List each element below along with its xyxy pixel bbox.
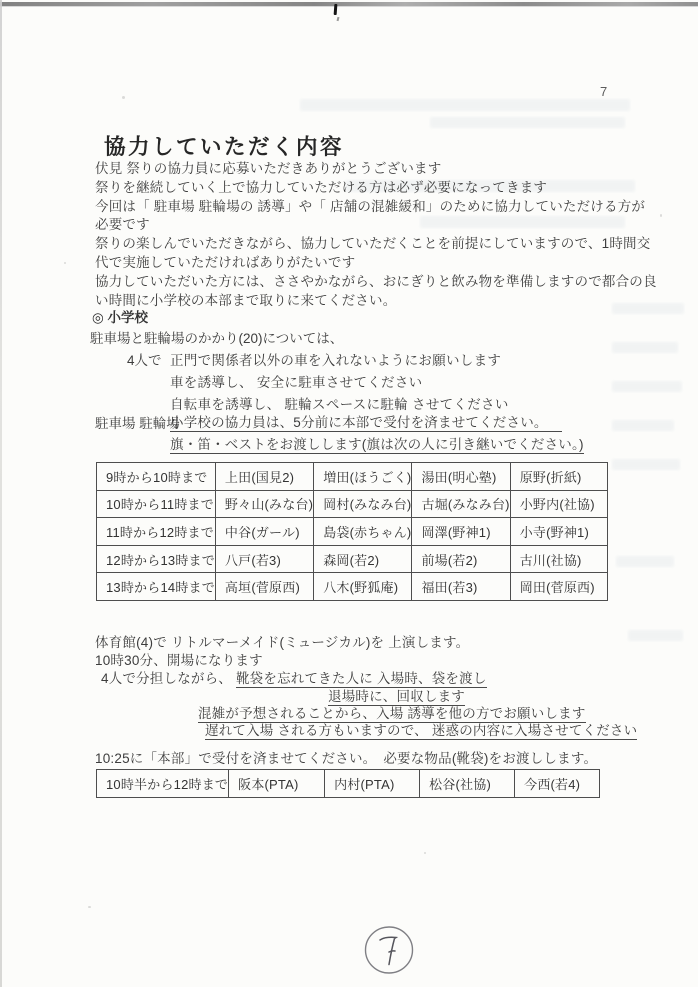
name-cell: 高垣(菅原西) bbox=[215, 573, 313, 601]
time-slot-cell: 12時から13時まで bbox=[97, 545, 216, 573]
bleed-through-artifact bbox=[612, 459, 680, 470]
intro-line: 伏見 祭りの協力員に応募いただきありがとうございます bbox=[95, 160, 670, 179]
handwritten-circled-page-number: 7 bbox=[360, 922, 418, 985]
name-cell: 原野(折紙) bbox=[510, 463, 607, 491]
bleed-through-artifact bbox=[612, 420, 674, 431]
name-cell: 八戸(若3) bbox=[215, 545, 313, 573]
paper-speck bbox=[88, 906, 91, 908]
parking-note-line: 旗・笛・ベストをお渡しします(旗は次の人に引き継いでください。) bbox=[170, 433, 584, 453]
parking-label: 駐車場 駐輪場 bbox=[95, 412, 180, 432]
name-cell: 今西(若4) bbox=[515, 770, 600, 798]
bleed-through-artifact bbox=[612, 381, 682, 392]
circle-icon bbox=[360, 922, 418, 980]
name-cell: 中谷(ガール) bbox=[215, 518, 313, 546]
gym-line: 4人で分担しながら、 靴袋を忘れてきた人に 入場時、袋を渡し bbox=[101, 667, 487, 687]
name-cell: 阪本(PTA) bbox=[229, 770, 325, 798]
gym-line: 体育館(4)で リトルマーメイド(ミュージカル)を 上演します。 bbox=[95, 631, 469, 651]
name-cell: 内村(PTA) bbox=[325, 770, 420, 798]
table-row: 9時から10時まで 上田(国見2) 増田(ほうごく) 湯田(明心塾) 原野(折紙… bbox=[97, 463, 608, 491]
name-cell: 古堀(みなみ台) bbox=[412, 490, 510, 518]
scan-ink-speck bbox=[337, 17, 340, 21]
table-row: 10時半から12時まで 阪本(PTA) 内村(PTA) 松谷(社協) 今西(若4… bbox=[97, 770, 600, 798]
name-cell: 上田(国見2) bbox=[215, 463, 313, 491]
gym-reception-line: 10:25に「本部」で受付を済ませてください。 必要な物品(靴袋)をお渡しします… bbox=[95, 747, 597, 767]
scan-edge-line-thin bbox=[0, 6, 698, 7]
intro-line: 祭りを継続していく上で協力していただける方は必ず必要になってきます bbox=[95, 179, 670, 198]
staff-duty-line: 正門で関係者以外の車を入れないようにお願いします bbox=[170, 349, 501, 369]
name-cell: 島袋(赤ちゃん) bbox=[314, 518, 412, 546]
time-slot-cell: 10時半から12時まで bbox=[97, 770, 229, 798]
intro-line: 祭りの楽しんでいただきながら、協力していただくことを前提にしていますので、1時間… bbox=[95, 235, 670, 254]
time-slot-cell: 10時から11時まで bbox=[97, 490, 216, 518]
name-cell: 小寺(野神1) bbox=[510, 518, 607, 546]
staff-count-prefix: 4人で bbox=[127, 349, 162, 369]
page-number-top: 7 bbox=[600, 84, 608, 99]
scan-left-edge-line bbox=[0, 0, 2, 987]
scanned-document-page: 7 協力していただく内容 伏見 祭りの協力員に応募いただきありがとうございます … bbox=[0, 0, 698, 987]
table-row: 12時から13時まで 八戸(若3) 森岡(若2) 前場(若2) 古川(社協) bbox=[97, 545, 608, 573]
name-cell: 小野内(社協) bbox=[510, 490, 607, 518]
paper-speck bbox=[64, 262, 66, 264]
intro-line: 必要です bbox=[95, 216, 670, 235]
intro-line: い時間に小学校の本部まで取りに来てください。 bbox=[95, 292, 670, 311]
name-cell: 増田(ほうごく) bbox=[314, 463, 412, 491]
bleed-through-artifact bbox=[616, 556, 674, 567]
gym-line: 10時30分、開場になります bbox=[95, 649, 263, 669]
intro-paragraph: 伏見 祭りの協力員に応募いただきありがとうございます 祭りを継続していく上で協力… bbox=[95, 160, 670, 310]
table-row: 10時から11時まで 野々山(みな台) 岡村(みなみ台) 古堀(みなみ台) 小野… bbox=[97, 490, 608, 518]
intro-line: 代で実施していただければありがたいです bbox=[95, 254, 670, 273]
time-slot-cell: 13時から14時まで bbox=[97, 573, 216, 601]
parking-schedule-table: 9時から10時まで 上田(国見2) 増田(ほうごく) 湯田(明心塾) 原野(折紙… bbox=[96, 462, 608, 601]
name-cell: 岡澤(野神1) bbox=[412, 518, 510, 546]
name-cell: 福田(若3) bbox=[412, 573, 510, 601]
parking-note-line: 小学校の協力員は、5分前に本部で受付を済ませてください。 bbox=[170, 411, 562, 431]
table-row: 13時から14時まで 高垣(菅原西) 八木(野狐庵) 福田(若3) 岡田(菅原西… bbox=[97, 573, 608, 601]
name-cell: 岡村(みなみ台) bbox=[314, 490, 412, 518]
name-cell: 岡田(菅原西) bbox=[510, 573, 607, 601]
name-cell: 前場(若2) bbox=[412, 545, 510, 573]
underlined-text: 遅れて入場 される方もいますので、 迷惑の内容に入場させてください bbox=[205, 723, 637, 740]
school-section-heading: ◎ 小学校 bbox=[92, 306, 148, 326]
underlined-text: 旗・笛・ベストをお渡しします(旗は次の人に引き継いでください。) bbox=[170, 437, 584, 454]
time-slot-cell: 11時から12時まで bbox=[97, 518, 216, 546]
school-section-intro: 駐車場と駐輪場のかかり(20)については、 bbox=[90, 327, 343, 347]
name-cell: 野々山(みな台) bbox=[215, 490, 313, 518]
staff-duty-line: 車を誘導し、 安全に駐車させてください bbox=[170, 371, 422, 391]
underlined-text: 小学校の協力員は、5分前に本部で受付を済ませてください。 bbox=[170, 415, 562, 432]
name-cell: 松谷(社協) bbox=[420, 770, 515, 798]
paper-speck bbox=[424, 852, 426, 854]
time-slot-cell: 9時から10時まで bbox=[97, 463, 216, 491]
table-row: 11時から12時まで 中谷(ガール) 島袋(赤ちゃん) 岡澤(野神1) 小寺(野… bbox=[97, 518, 608, 546]
gym-schedule-table: 10時半から12時まで 阪本(PTA) 内村(PTA) 松谷(社協) 今西(若4… bbox=[96, 769, 600, 798]
bleed-through-artifact bbox=[628, 630, 683, 641]
name-cell: 森岡(若2) bbox=[314, 545, 412, 573]
paper-speck bbox=[122, 96, 125, 99]
name-cell: 八木(野狐庵) bbox=[314, 573, 412, 601]
gym-line-prefix: 4人で分担しながら、 bbox=[101, 671, 236, 686]
bleed-through-artifact bbox=[300, 99, 630, 111]
name-cell: 湯田(明心塾) bbox=[412, 463, 510, 491]
scan-ink-mark bbox=[334, 4, 338, 15]
bleed-through-artifact bbox=[430, 117, 625, 128]
gym-line: 遅れて入場 される方もいますので、 迷惑の内容に入場させてください bbox=[205, 719, 637, 739]
name-cell: 古川(社協) bbox=[510, 545, 607, 573]
intro-line: 協力していただいた方には、ささやかながら、おにぎりと飲み物を準備しますので都合の… bbox=[95, 273, 670, 292]
page-title: 協力していただく内容 bbox=[104, 130, 344, 161]
bleed-through-artifact bbox=[612, 342, 678, 353]
staff-duty-line: 自転車を誘導し、 駐輪スペースに駐輪 させてください bbox=[170, 393, 509, 413]
intro-line: 今回は「 駐車場 駐輪場の 誘導」や「 店舗の混雑緩和」のために協力していただけ… bbox=[95, 198, 670, 217]
